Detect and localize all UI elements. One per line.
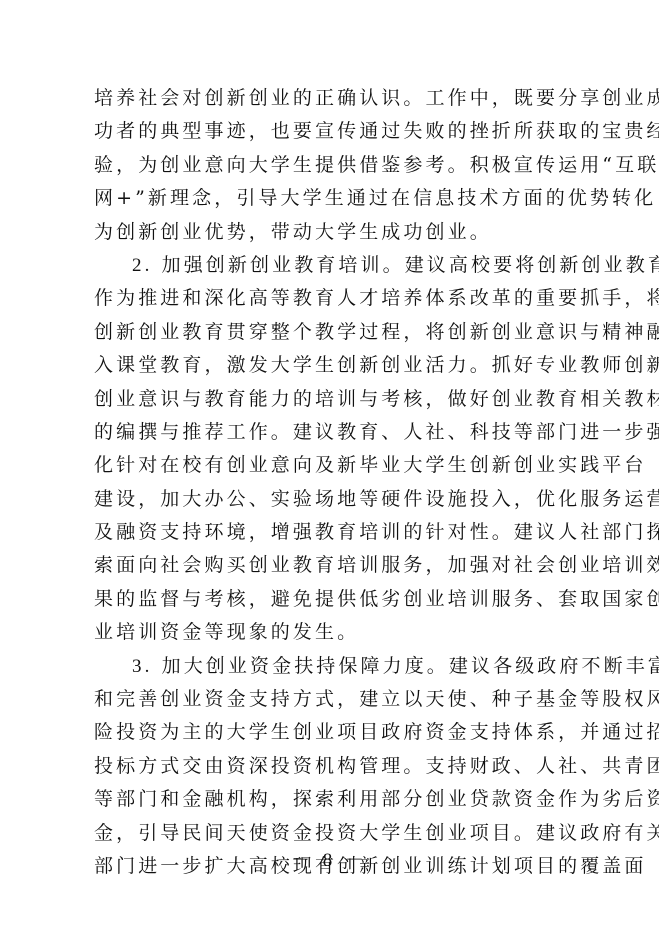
section-3-number: 3. [132, 656, 152, 677]
paragraph-2-line: 建设，加大办公、实验场地等硬件设施投入，优化服务运营 [94, 483, 566, 516]
paragraph-2-line: 创新创业教育贯穿整个教学过程，将创新创业意识与精神融 [94, 316, 566, 349]
section-3-first-line-text: 建议各级政府不断丰富 [449, 655, 659, 677]
section-2-number: 2. [132, 255, 152, 276]
section-3-heading: 加大创业资金扶持保障力度。 [162, 655, 449, 677]
paragraph-1-line: 网+”新理念，引导大学生通过在信息技术方面的优势转化 [94, 182, 566, 215]
paragraph-1-line: 培养社会对创新创业的正确认识。工作中，既要分享创业成 [94, 82, 566, 115]
paragraph-2-line: 索面向社会购买创业教育培训服务，加强对社会创业培训效 [94, 549, 566, 582]
document-page: 培养社会对创新创业的正确认识。工作中，既要分享创业成 功者的典型事迹，也要宣传通… [0, 0, 659, 937]
paragraph-2-line: 作为推进和深化高等教育人才培养体系改革的重要抓手，将 [94, 282, 566, 315]
paragraph-1-line: 为创新创业优势，带动大学生成功创业。 [94, 216, 566, 249]
paragraph-2-line: 业培训资金等现象的发生。 [94, 616, 566, 649]
page-number: － 8 － [0, 845, 659, 872]
paragraph-3-line: 投标方式交由资深投资机构管理。支持财政、人社、共青团 [94, 750, 566, 783]
paragraph-1-line: 验，为创业意向大学生提供借鉴参考。积极宣传运用“互联 [94, 149, 566, 182]
paragraph-2-line: 的编撰与推荐工作。建议教育、人社、科技等部门进一步强 [94, 416, 566, 449]
section-2-heading: 加强创新创业教育培训。 [162, 254, 405, 276]
section-3-first-line: 3. 加大创业资金扶持保障力度。建议各级政府不断丰富 [94, 650, 566, 683]
paragraph-3-line: 等部门和金融机构，探索利用部分创业贷款资金作为劣后资 [94, 783, 566, 816]
paragraph-2-line: 及融资支持环境，增强教育培训的针对性。建议人社部门探 [94, 516, 566, 549]
paragraph-2-line: 化针对在校有创业意向及新毕业大学生创新创业实践平台 [94, 449, 566, 482]
paragraph-3-line: 险投资为主的大学生创业项目政府资金支持体系，并通过招 [94, 716, 566, 749]
paragraph-3-line: 和完善创业资金支持方式，建立以天使、种子基金等股权风 [94, 683, 566, 716]
section-2-first-line: 2. 加强创新创业教育培训。建议高校要将创新创业教育 [94, 249, 566, 282]
paragraph-2-line: 创业意识与教育能力的培训与考核，做好创业教育相关教材 [94, 383, 566, 416]
document-body: 培养社会对创新创业的正确认识。工作中，既要分享创业成 功者的典型事迹，也要宣传通… [94, 82, 566, 883]
paragraph-1-line: 功者的典型事迹，也要宣传通过失败的挫折所获取的宝贵经 [94, 115, 566, 148]
section-2-first-line-text: 建议高校要将创新创业教育 [405, 254, 659, 276]
paragraph-2-line: 入课堂教育，激发大学生创新创业活力。抓好专业教师创新 [94, 349, 566, 382]
paragraph-2-line: 果的监督与考核，避免提供低劣创业培训服务、套取国家创 [94, 583, 566, 616]
